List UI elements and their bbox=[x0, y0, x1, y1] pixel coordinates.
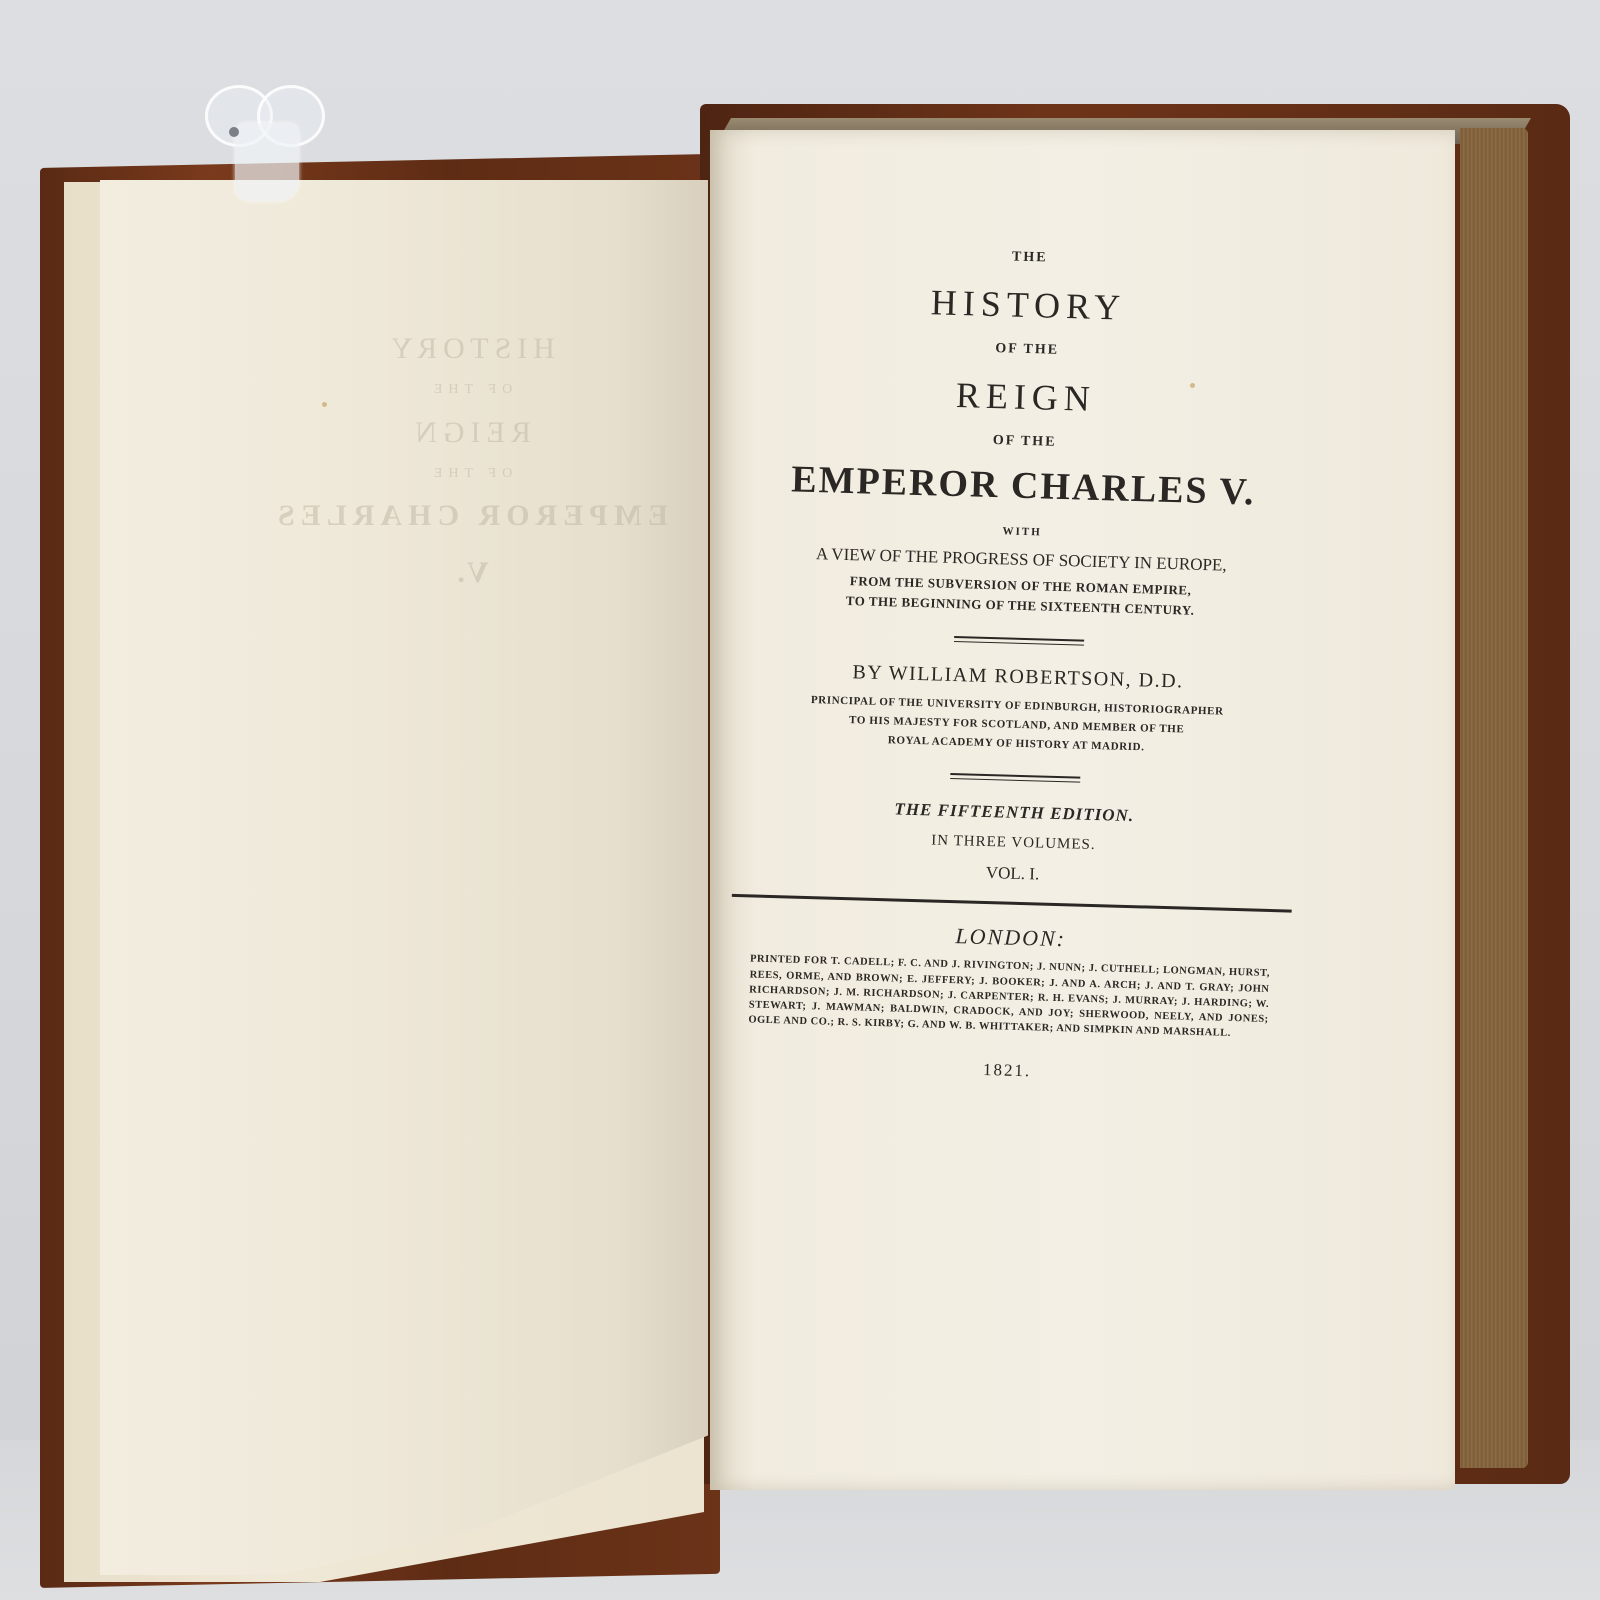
reign-heading: REIGN bbox=[765, 369, 1286, 426]
page-clip[interactable] bbox=[205, 85, 325, 215]
imprint-city: LONDON: bbox=[751, 918, 1272, 959]
clip-rivet bbox=[229, 127, 239, 137]
double-rule bbox=[950, 773, 1080, 783]
author-line: BY WILLIAM ROBERTSON, D.D. bbox=[758, 659, 1278, 697]
of-the-label: OF THE bbox=[765, 427, 1285, 458]
affiliation: PRINCIPAL OF THE UNIVERSITY OF EDINBURGH… bbox=[756, 690, 1277, 761]
ghost-line: HISTORY bbox=[260, 320, 680, 377]
double-rule bbox=[954, 636, 1084, 646]
emperor-heading: EMPEROR CHARLES V. bbox=[763, 457, 1284, 516]
thick-rule bbox=[732, 894, 1292, 913]
page-edges-fore bbox=[1460, 128, 1528, 1468]
clip-body bbox=[235, 123, 299, 201]
volume-number: VOL. I. bbox=[752, 857, 1272, 892]
ghost-line: REIGN bbox=[260, 404, 680, 461]
edition-line: THE FIFTEENTH EDITION. bbox=[754, 796, 1274, 831]
history-heading: HISTORY bbox=[768, 277, 1289, 334]
ghost-line: EMPEROR CHARLES V. bbox=[260, 487, 680, 601]
with-label: WITH bbox=[762, 519, 1282, 546]
show-through-text: HISTORY OF THE REIGN OF THE EMPEROR CHAR… bbox=[260, 320, 680, 980]
volumes-line: IN THREE VOLUMES. bbox=[753, 828, 1273, 860]
title-page-text: THE HISTORY OF THE REIGN OF THE EMPEROR … bbox=[747, 243, 1290, 1089]
foxing-spot bbox=[322, 402, 327, 407]
ghost-line: OF THE bbox=[260, 377, 680, 404]
ghost-line: OF THE bbox=[260, 461, 680, 488]
of-the-label: OF THE bbox=[767, 335, 1287, 366]
printers-list: PRINTED FOR T. CADELL; F. C. AND J. RIVI… bbox=[748, 952, 1270, 1043]
